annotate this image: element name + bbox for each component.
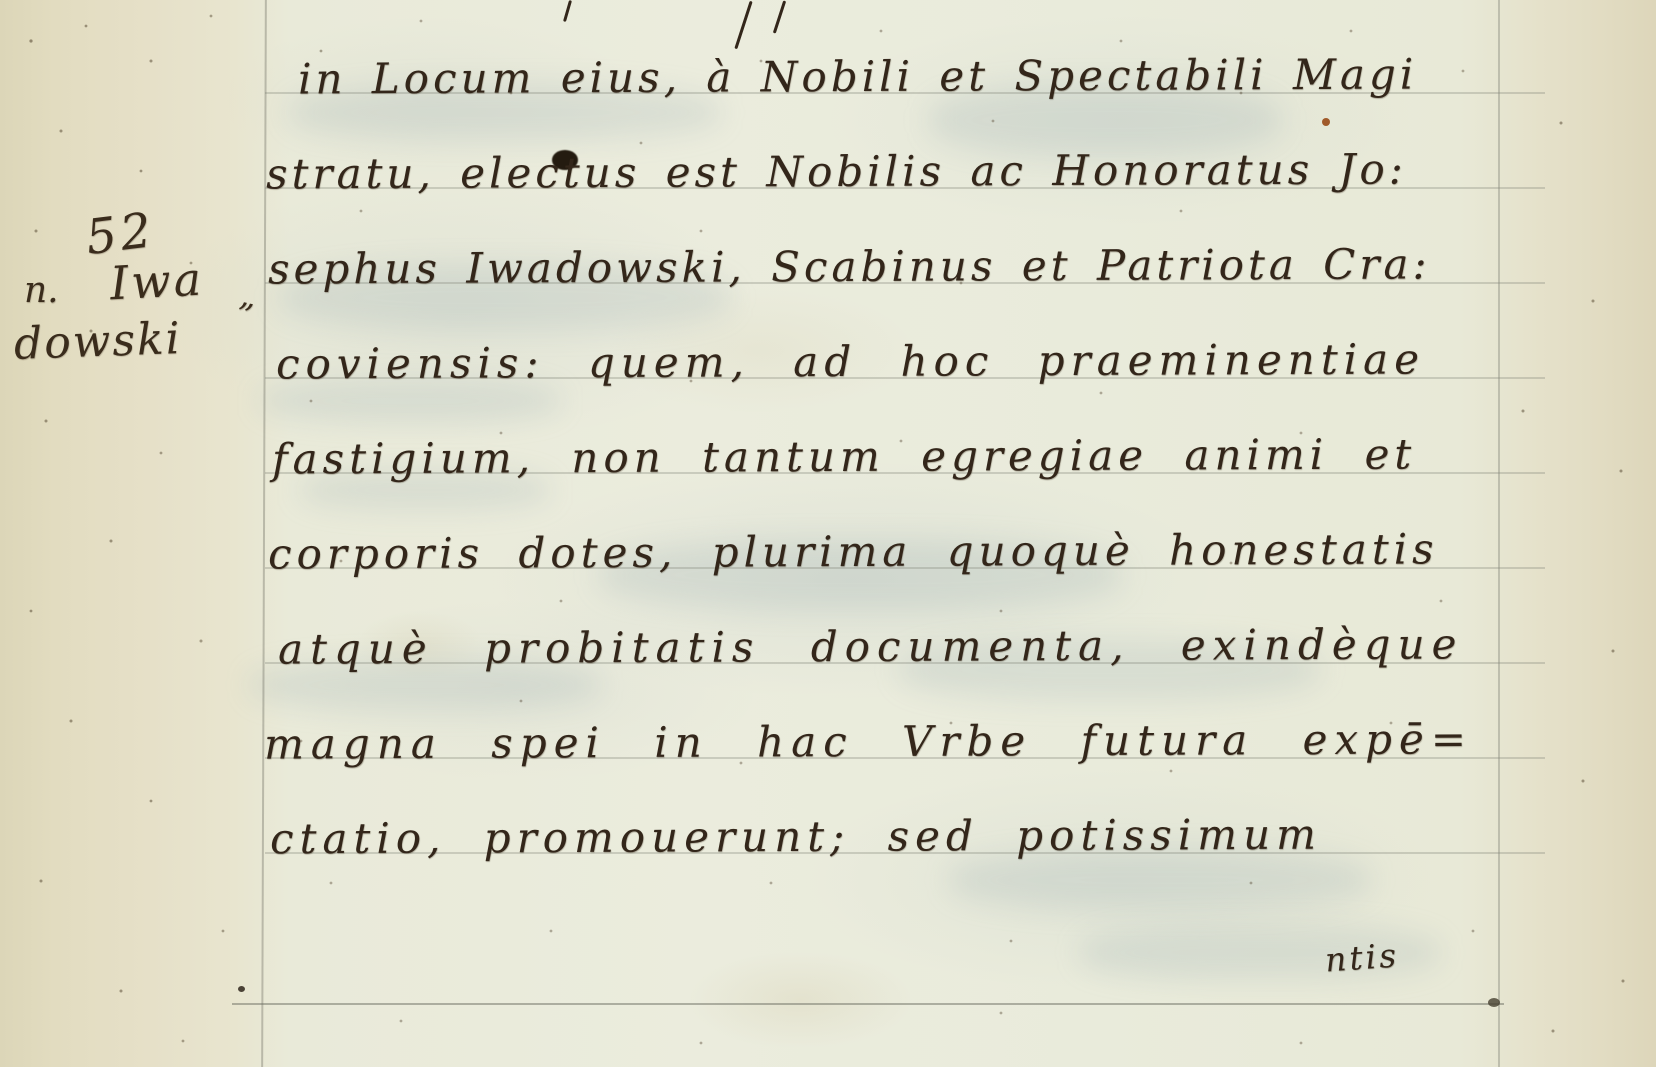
bottom-frame-rule [232,1003,1504,1005]
margin-name-part2: dowski [13,313,182,370]
manuscript-line: stratu, electus est Nobilis ac Honoratus… [266,145,1407,199]
rust-fleck [1322,118,1330,126]
manuscript-line: corporis dotes, plurima quoquè honestati… [268,524,1439,578]
manuscript-line: coviensis: quem, ad hoc praeminentiae [276,334,1425,388]
manuscript-line: magna spei in hac Vrbe futura expē= [264,714,1473,768]
manuscript-line: fastigium, non tantum egregiae animi et [272,430,1416,484]
manuscript-line: ctatio, promouerunt; sed potissimum [270,810,1322,864]
bottom-left-dot [238,986,245,992]
rule-corner-mark [1488,998,1500,1007]
right-margin-rule [1498,0,1500,1067]
manuscript-line: atquè probitatis documenta, exindèque [278,619,1464,673]
margin-name-part1: Iwa [109,252,206,311]
catchword: ntis [1324,935,1401,979]
manuscript-line: sephus Iwadowski, Scabinus et Patriota C… [268,239,1431,293]
manuscript-page: 52 n. Iwa ” dowski in Locum eius, à Nobi… [0,0,1656,1067]
foxing-specks [0,0,2,2]
manuscript-line: in Locum eius, à Nobili et Spectabili Ma… [298,50,1417,104]
margin-abbrev: n. [24,270,59,311]
